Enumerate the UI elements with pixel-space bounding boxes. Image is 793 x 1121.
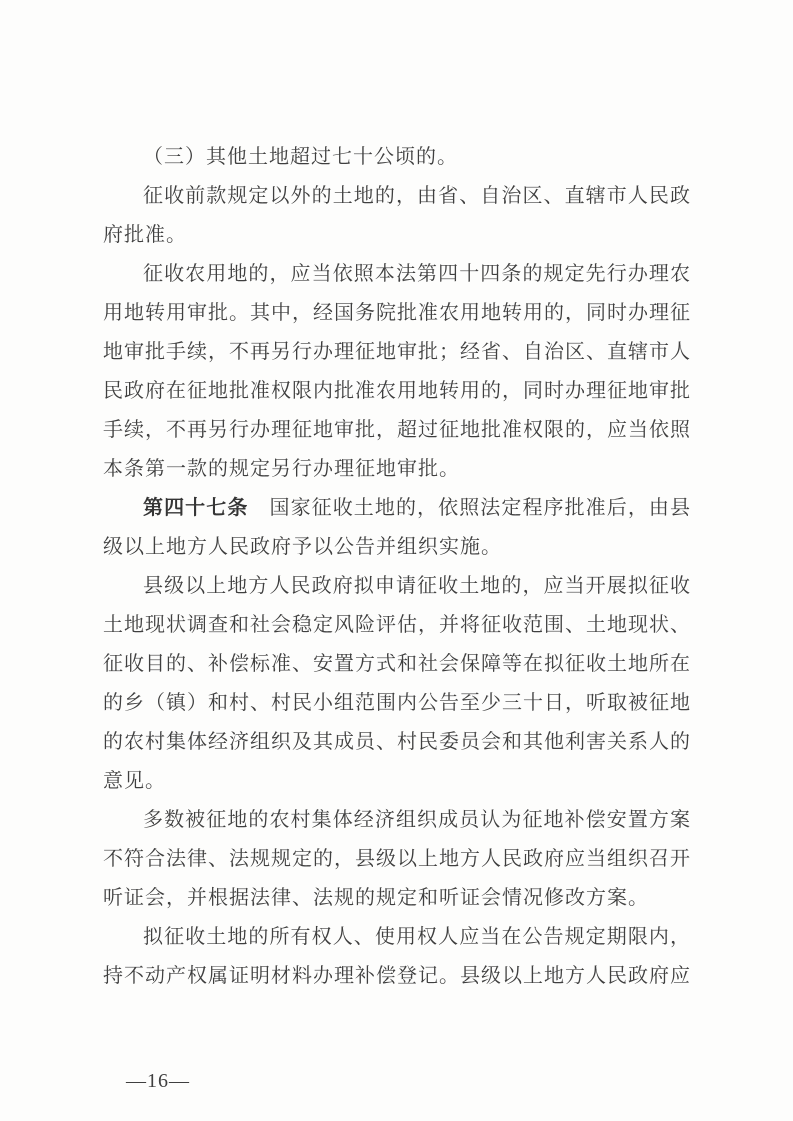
paragraph-approval-other-land: 征收前款规定以外的土地的，由省、自治区、直辖市人民政府批准。 — [103, 177, 691, 255]
page-number: —16— — [126, 1062, 190, 1101]
paragraph-hearing: 多数被征地的农村集体经济组织成员认为征地补偿安置方案不符合法律、法规规定的，县级… — [103, 801, 691, 918]
paragraph-survey-announcement: 县级以上地方人民政府拟申请征收土地的，应当开展拟征收土地现状调查和社会稳定风险评… — [103, 567, 691, 801]
paragraph-farmland-conversion: 征收农用地的，应当依照本法第四十四条的规定先行办理农用地转用审批。其中，经国务院… — [103, 255, 691, 489]
paragraph-article-47: 第四十七条 国家征收土地的，依照法定程序批准后，由县级以上地方人民政府予以公告并… — [103, 489, 691, 567]
paragraph-compensation-registration: 拟征收土地的所有权人、使用权人应当在公告规定期限内，持不动产权属证明材料办理补偿… — [103, 918, 691, 996]
paragraph-item-3-other-land: （三）其他土地超过七十公顷的。 — [103, 138, 691, 177]
document-content: （三）其他土地超过七十公顷的。 征收前款规定以外的土地的，由省、自治区、直辖市人… — [103, 138, 691, 996]
article-47-number: 第四十七条 — [143, 497, 248, 519]
document-page: （三）其他土地超过七十公顷的。 征收前款规定以外的土地的，由省、自治区、直辖市人… — [0, 0, 793, 1121]
